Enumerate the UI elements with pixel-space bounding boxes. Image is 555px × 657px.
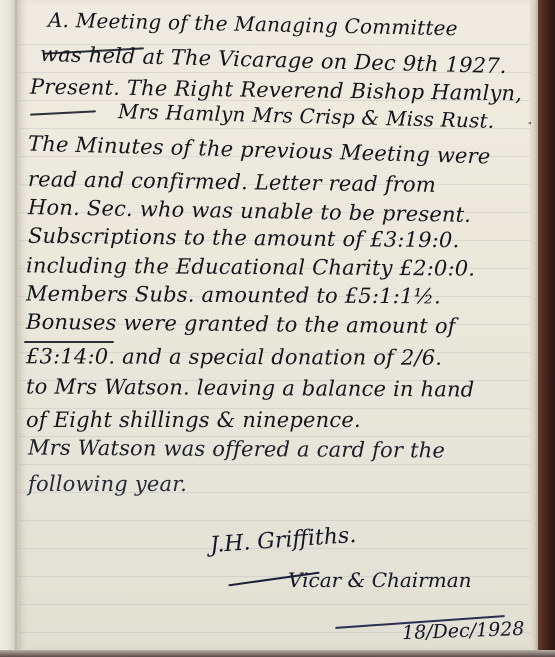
- minutes-line-13: to Mrs Watson. leaving a balance in hand: [26, 374, 475, 401]
- book-cover: [538, 0, 555, 657]
- minutes-line-12: £3:14:0. and a special donation of 2/6.: [26, 344, 442, 369]
- minutes-line-8: Subscriptions to the amount of £3:19:0.: [28, 224, 460, 253]
- underline-bonuses: [24, 341, 114, 343]
- minutes-line-16: following year.: [28, 472, 187, 496]
- minutes-line-15: Mrs Watson was offered a card for the: [28, 436, 445, 463]
- ruled-line: [18, 464, 532, 465]
- margin-mark: ": [528, 121, 532, 130]
- signature-date: 18/Dec/1928: [402, 618, 525, 644]
- signature-title: Vicar & Chairman: [288, 568, 472, 592]
- minutes-line-10: Members Subs. amounted to £5:1:1½.: [26, 282, 441, 309]
- page-bottom-edge: [0, 650, 555, 657]
- minutes-line-9: including the Educational Charity £2:0:0…: [26, 253, 475, 280]
- minutes-line-14: of Eight shillings & ninepence.: [26, 408, 361, 432]
- ruled-line: [18, 520, 532, 521]
- ruled-line: [18, 604, 532, 605]
- page-edge: [530, 0, 538, 657]
- photographed-notebook: " A. Meeting of the Managing Committee w…: [0, 0, 555, 657]
- minutes-line-11: Bonuses were granted to the amount of: [26, 310, 456, 338]
